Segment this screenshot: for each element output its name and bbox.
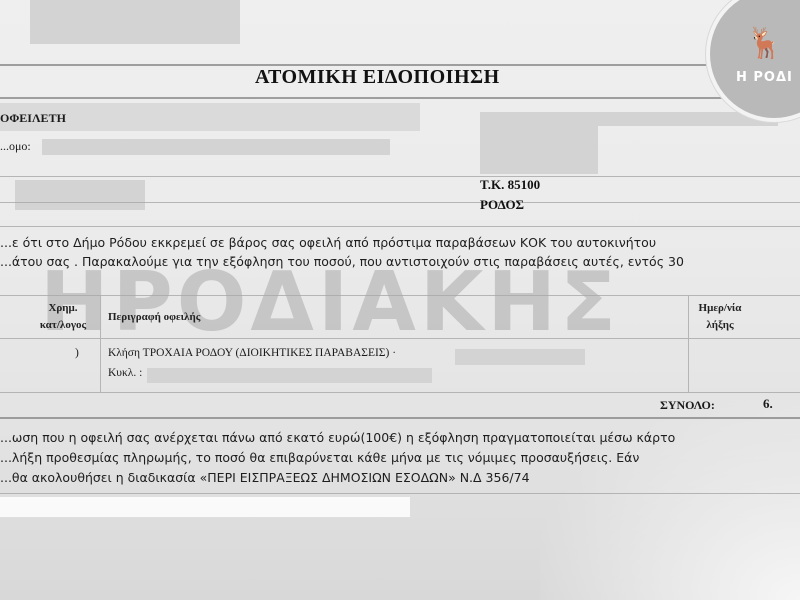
column-header-due-date: Ημερ/νία λήξης: [690, 300, 750, 334]
redacted-vehicle: [147, 368, 432, 383]
redaction-block: [0, 497, 410, 517]
redacted-name: [42, 139, 390, 155]
publisher-logo: 🦌 Η ΡΟΔΙ: [706, 0, 800, 122]
column-header-catalog: Χρημ. κατ/λογος: [28, 300, 98, 334]
column-divider: [688, 296, 689, 392]
redaction-block: [30, 0, 240, 44]
total-value: 6.: [763, 396, 773, 412]
divider-line: [0, 493, 800, 494]
postal-code: Τ.Κ. 85100: [480, 177, 540, 193]
column-header-description: Περιγραφή οφειλής: [108, 309, 200, 326]
footer-line: ...ωση που η οφειλή σας ανέρχεται πάνω α…: [0, 430, 675, 445]
table-top-line: [0, 295, 800, 296]
row-vehicle-line: Κυκλ. :: [108, 367, 142, 379]
debtor-section-label: ΟΦΕΙΛΕΤΗ: [0, 111, 66, 126]
city: ΡΟΔΟΣ: [480, 197, 524, 213]
row-catalog-cell: ): [75, 347, 79, 359]
redacted-address: [480, 112, 778, 126]
redacted-address: [480, 126, 598, 174]
redaction-block: [15, 180, 145, 210]
watermark: ΗΡΟΔΙΑΚΗΣ: [40, 262, 620, 344]
redacted-ticket-number: [455, 349, 585, 365]
name-label: ...ομο:: [0, 139, 31, 154]
footer-line: ...θα ακολουθήσει η διαδικασία «ΠΕΡΙ ΕΙΣ…: [0, 470, 530, 485]
column-divider: [100, 296, 101, 392]
logo-text: Η ΡΟΔΙ: [736, 70, 793, 85]
footer-line: ...λήξη προθεσμίας πληρωμής, το ποσό θα …: [0, 450, 639, 465]
row-description-line: Κλήση ΤΡΟΧΑΙΑ ΡΟΔΟΥ (ΔΙΟΙΚΗΤΙΚΕΣ ΠΑΡΑΒΑΣ…: [108, 347, 396, 359]
divider-line: [0, 226, 800, 227]
divider-line: [0, 176, 800, 177]
divider-line: [0, 417, 800, 419]
divider-line: [0, 202, 800, 203]
table-bottom-line: [0, 392, 800, 393]
divider-line: [0, 97, 800, 99]
deer-icon: 🦌: [746, 26, 783, 61]
table-header-line: [0, 338, 800, 339]
document-title: ΑΤΟΜΙΚΗ ΕΙΔΟΠΟΙΗΣΗ: [255, 66, 500, 89]
total-label: ΣΥΝΟΛΟ:: [660, 398, 715, 413]
intro-line: ...ε ότι στο Δήμο Ρόδου εκκρεμεί σε βάρο…: [0, 235, 656, 250]
document-photo: ΑΤΟΜΙΚΗ ΕΙΔΟΠΟΙΗΣΗ ΟΦΕΙΛΕΤΗ ...ομο: Τ.Κ.…: [0, 0, 800, 600]
